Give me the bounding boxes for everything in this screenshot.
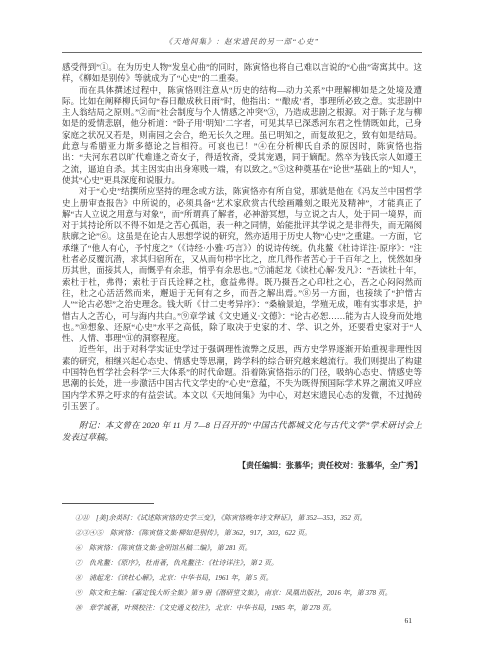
footnote: ⑧ 浦起龙：《读杜心解》，北京：中华书局，1961 年，第 5 页。 <box>62 571 422 586</box>
footnote: ⑥ 陈寅恪：《陈寅恪文集·金明馆丛稿二编》，第 281 页。 <box>62 541 422 556</box>
header-rule <box>62 52 422 53</box>
author-postscript: 附记：本文曾在 2020 年 11 月 7—8 日召开的“中国古代都城文化与古代… <box>62 420 422 443</box>
footnote: ②③④⑤ 陈寅恪：《陈寅恪文集·柳如是别传》，第 362，917，303，622… <box>62 526 422 541</box>
paragraph-liu-rushi-analysis: 而在具体撰述过程中，陈寅恪则注意从“历史的结构—动力关系”中理解柳如是之处境及遭… <box>62 85 422 187</box>
editor-credit-line: 【责任编辑：张慕华；责任校对：张慕华，全广秀】 <box>62 460 422 471</box>
running-head-title: 《天地间集》：赵宋遗民的另一部“心史” <box>62 36 422 47</box>
footnote: ①⑪ [美]余英时：《试述陈寅恪的史学三变》，《陈寅恪晚年诗文释证》，第 352… <box>62 511 422 526</box>
paragraph-continuation: 感受得到”①。在为历史人物“发皇心曲”的同时，陈寅恪也将自己难以言说的“心曲”寄… <box>62 62 422 85</box>
footnote-section: ①⑪ [美]余英时：《试述陈寅恪的史学三变》，《陈寅恪晚年诗文释证》，第 352… <box>62 503 422 616</box>
footnote-separator-rule <box>62 503 154 504</box>
page-content: 《天地间集》：赵宋遗民的另一部“心史” 感受得到”①。在为历史人物“发皇心曲”的… <box>62 36 422 471</box>
paragraph-xinshi-methodology: 对于“心史”结撰所应坚持的理念或方法，陈寅恪亦有所自觉，那就是他在《冯友兰中国哲… <box>62 186 422 344</box>
paragraph-conclusion: 近些年，出于对科学实证史学过于强调理性流弊之反思，西方史学界逐渐开始重视非理性因… <box>62 344 422 412</box>
page-number: 61 <box>405 616 413 625</box>
footnote: ⑨ 陈文和主编：《嘉定钱大昕全集》第 9 册《潜研堂文集》，南京：凤凰出版社，2… <box>62 586 422 601</box>
footnote: ⑩ 章学诚著，叶瑛校注：《文史通义校注》，北京：中华书局，1985 年，第 27… <box>62 601 422 616</box>
footnote: ⑦ 仇兆鳌：《原序》，杜甫著，仇兆鳌注：《杜诗详注》，第 2 页。 <box>62 556 422 571</box>
journal-page: 《天地间集》：赵宋遗民的另一部“心史” 感受得到”①。在为历史人物“发皇心曲”的… <box>0 0 480 647</box>
